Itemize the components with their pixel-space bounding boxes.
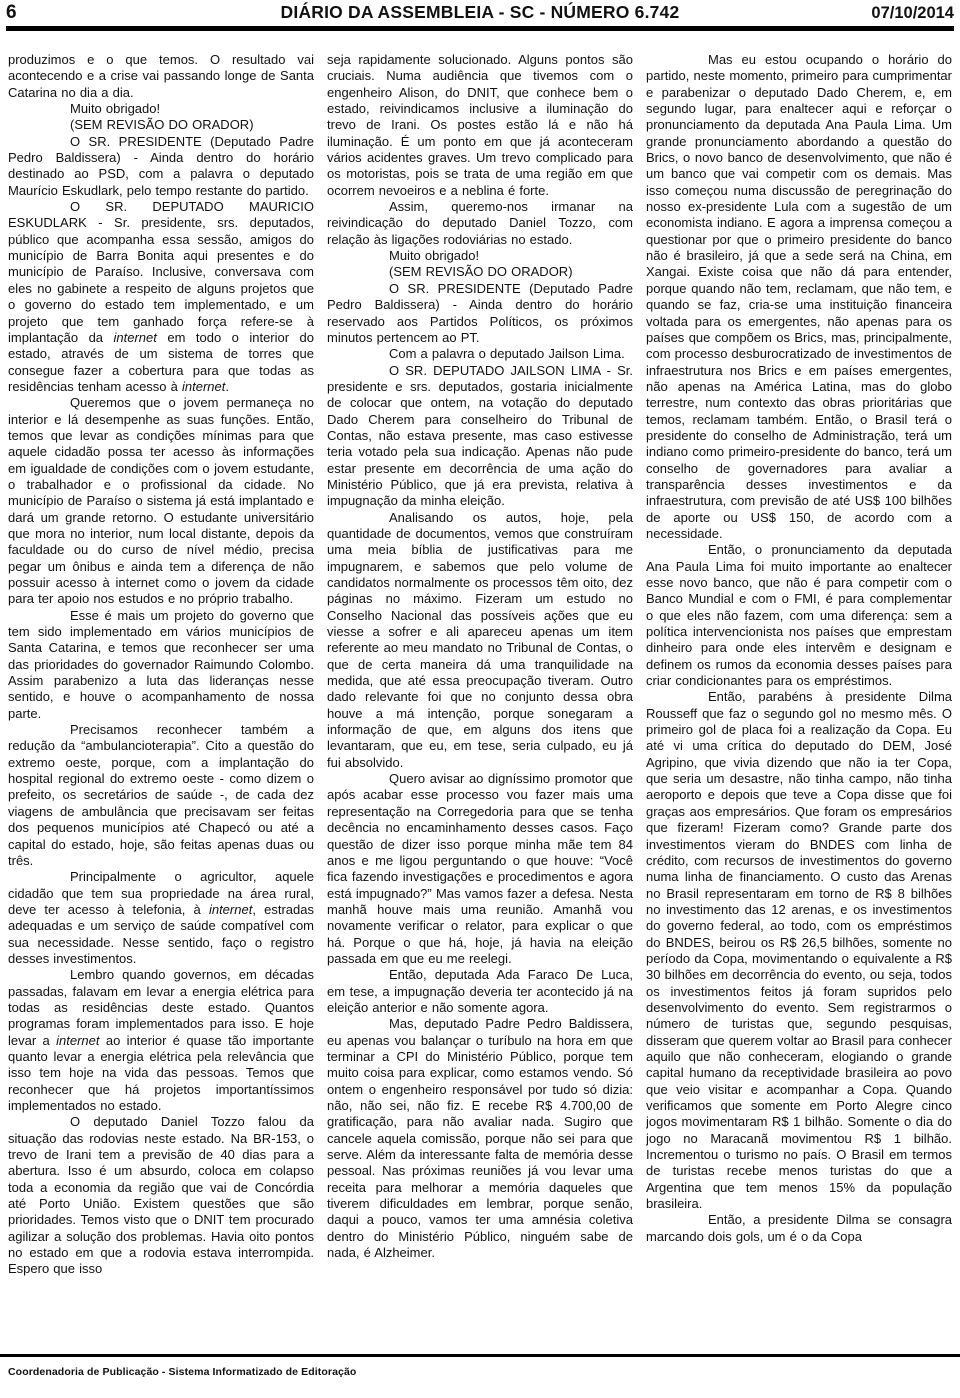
paragraph: Principalmente o agricultor, aquele cida… bbox=[8, 869, 314, 967]
paragraph: Muito obrigado! bbox=[327, 248, 633, 264]
paragraph: Quero avisar ao digníssimo promotor que … bbox=[327, 771, 633, 967]
page-footer: Coordenadoria de Publicação - Sistema In… bbox=[0, 1354, 960, 1380]
paragraph: Muito obrigado! bbox=[8, 101, 314, 117]
paragraph: Mas, deputado Padre Pedro Baldissera, eu… bbox=[327, 1016, 633, 1261]
paragraph: O SR. PRESIDENTE (Deputado Padre Pedro B… bbox=[327, 281, 633, 346]
header-rule bbox=[6, 26, 954, 31]
paragraph: Então, o pronunciamento da deputada Ana … bbox=[646, 542, 952, 689]
paragraph: O SR. DEPUTADO JAILSON LIMA - Sr. presid… bbox=[327, 363, 633, 510]
header-row: 6 DIÁRIO DA ASSEMBLEIA - SC - NÚMERO 6.7… bbox=[6, 2, 954, 24]
text-column-2: seja rapidamente solucionado. Alguns pon… bbox=[327, 52, 633, 1350]
footer-text: Coordenadoria de Publicação - Sistema In… bbox=[8, 1366, 356, 1378]
paragraph: Queremos que o jovem permaneça no interi… bbox=[8, 395, 314, 607]
page-number: 6 bbox=[6, 2, 96, 24]
header-date: 07/10/2014 bbox=[864, 4, 954, 23]
paragraph: Analisando os autos, hoje, pela quantida… bbox=[327, 510, 633, 772]
gazette-page: 6 DIÁRIO DA ASSEMBLEIA - SC - NÚMERO 6.7… bbox=[0, 0, 960, 1398]
paragraph: O SR. DEPUTADO MAURICIO ESKUDLARK - Sr. … bbox=[8, 199, 314, 395]
page-body: produzimos e o que temos. O resultado va… bbox=[8, 52, 953, 1350]
paragraph: Esse é mais um projeto do governo que te… bbox=[8, 608, 314, 722]
paragraph: O deputado Daniel Tozzo falou da situaçã… bbox=[8, 1114, 314, 1277]
page-header: 6 DIÁRIO DA ASSEMBLEIA - SC - NÚMERO 6.7… bbox=[0, 2, 960, 31]
paragraph: Então, deputada Ada Faraco De Luca, em t… bbox=[327, 967, 633, 1016]
paragraph: O SR. PRESIDENTE (Deputado Padre Pedro B… bbox=[8, 134, 314, 199]
paragraph: Então, parabéns à presidente Dilma Rouss… bbox=[646, 689, 952, 1212]
paragraph: seja rapidamente solucionado. Alguns pon… bbox=[327, 52, 633, 199]
paragraph: Precisamos reconhecer também a redução d… bbox=[8, 722, 314, 869]
paragraph: (SEM REVISÃO DO ORADOR) bbox=[8, 117, 314, 133]
paragraph: Lembro quando governos, em décadas passa… bbox=[8, 967, 314, 1114]
paragraph: (SEM REVISÃO DO ORADOR) bbox=[327, 264, 633, 280]
masthead-title: DIÁRIO DA ASSEMBLEIA - SC - NÚMERO 6.742 bbox=[96, 2, 864, 23]
paragraph: produzimos e o que temos. O resultado va… bbox=[8, 52, 314, 101]
text-column-1: produzimos e o que temos. O resultado va… bbox=[8, 52, 314, 1350]
paragraph: Assim, queremo-nos irmanar na reivindica… bbox=[327, 199, 633, 248]
paragraph: Mas eu estou ocupando o horário do parti… bbox=[646, 52, 952, 542]
paragraph: Então, a presidente Dilma se consagra ma… bbox=[646, 1212, 952, 1245]
text-column-3: Mas eu estou ocupando o horário do parti… bbox=[646, 52, 952, 1350]
paragraph: Com a palavra o deputado Jailson Lima. bbox=[327, 346, 633, 362]
